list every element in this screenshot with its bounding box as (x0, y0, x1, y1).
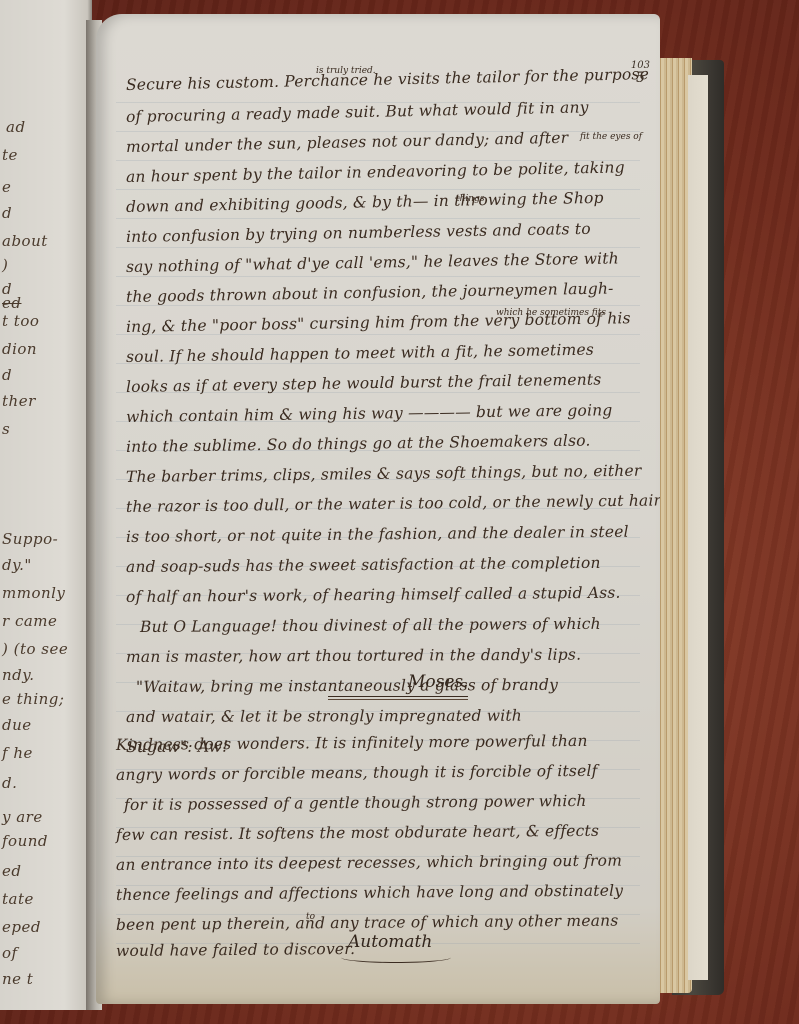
right-page: 103 5 is truly tried. fit the eyes of th… (96, 14, 660, 1004)
section-divider (328, 696, 468, 700)
left-page-fragment: due (2, 716, 32, 734)
left-page-fragment: ther (2, 392, 36, 410)
left-page-fragment: found (2, 832, 48, 850)
left-page-fragment: f he (2, 744, 33, 762)
left-page-fragment: ndy. (2, 666, 35, 684)
left-page-fragment: te (2, 146, 18, 164)
signature-automath: Automath (348, 932, 432, 952)
left-page-fragment: s (2, 420, 10, 438)
left-page-fragment: d (2, 366, 12, 384)
manuscript-line: and watair, & let it be strongly impregn… (126, 706, 638, 726)
left-page-fragment: ed (2, 294, 21, 312)
left-page-fragment: r came (2, 612, 57, 630)
left-page-fragment: ) (to see (2, 640, 68, 658)
left-page-fragment: Suppo- (2, 530, 58, 548)
left-page-fragment: mmonly (2, 584, 65, 602)
manuscript-line: "Waitaw, bring me instantaneously a glas… (136, 675, 638, 696)
left-page-fragment: t too (2, 312, 39, 330)
signature-moses: Moses. (408, 672, 469, 692)
manuscript-line: But O Language! thou divinest of all the… (140, 615, 638, 636)
left-page-fragment: ed (2, 862, 21, 880)
left-page-fragment: about (2, 232, 48, 250)
left-page: ad te e d about ) d ed t too dion d ther… (0, 0, 92, 1010)
flyleaf-edge (688, 75, 708, 980)
left-page-fragment: ) (2, 256, 8, 274)
left-page-fragment: d (2, 204, 12, 222)
left-page-fragment: ad (6, 118, 26, 136)
left-page-fragment: dion (2, 340, 37, 358)
left-page-fragment: of (2, 944, 18, 962)
signature-flourish (341, 952, 451, 963)
left-page-fragment: ne t (2, 970, 33, 988)
left-page-fragment: d. (2, 774, 17, 792)
left-page-fragment: eped (2, 918, 41, 936)
left-page-fragment: e thing; (2, 690, 64, 708)
manuscript-line: man is master, how art thou tortured in … (126, 645, 638, 666)
left-page-fragment: e (2, 178, 11, 196)
left-page-fragment: y are (2, 808, 43, 826)
left-page-fragment: tate (2, 890, 34, 908)
left-page-fragment: dy." (2, 556, 32, 574)
